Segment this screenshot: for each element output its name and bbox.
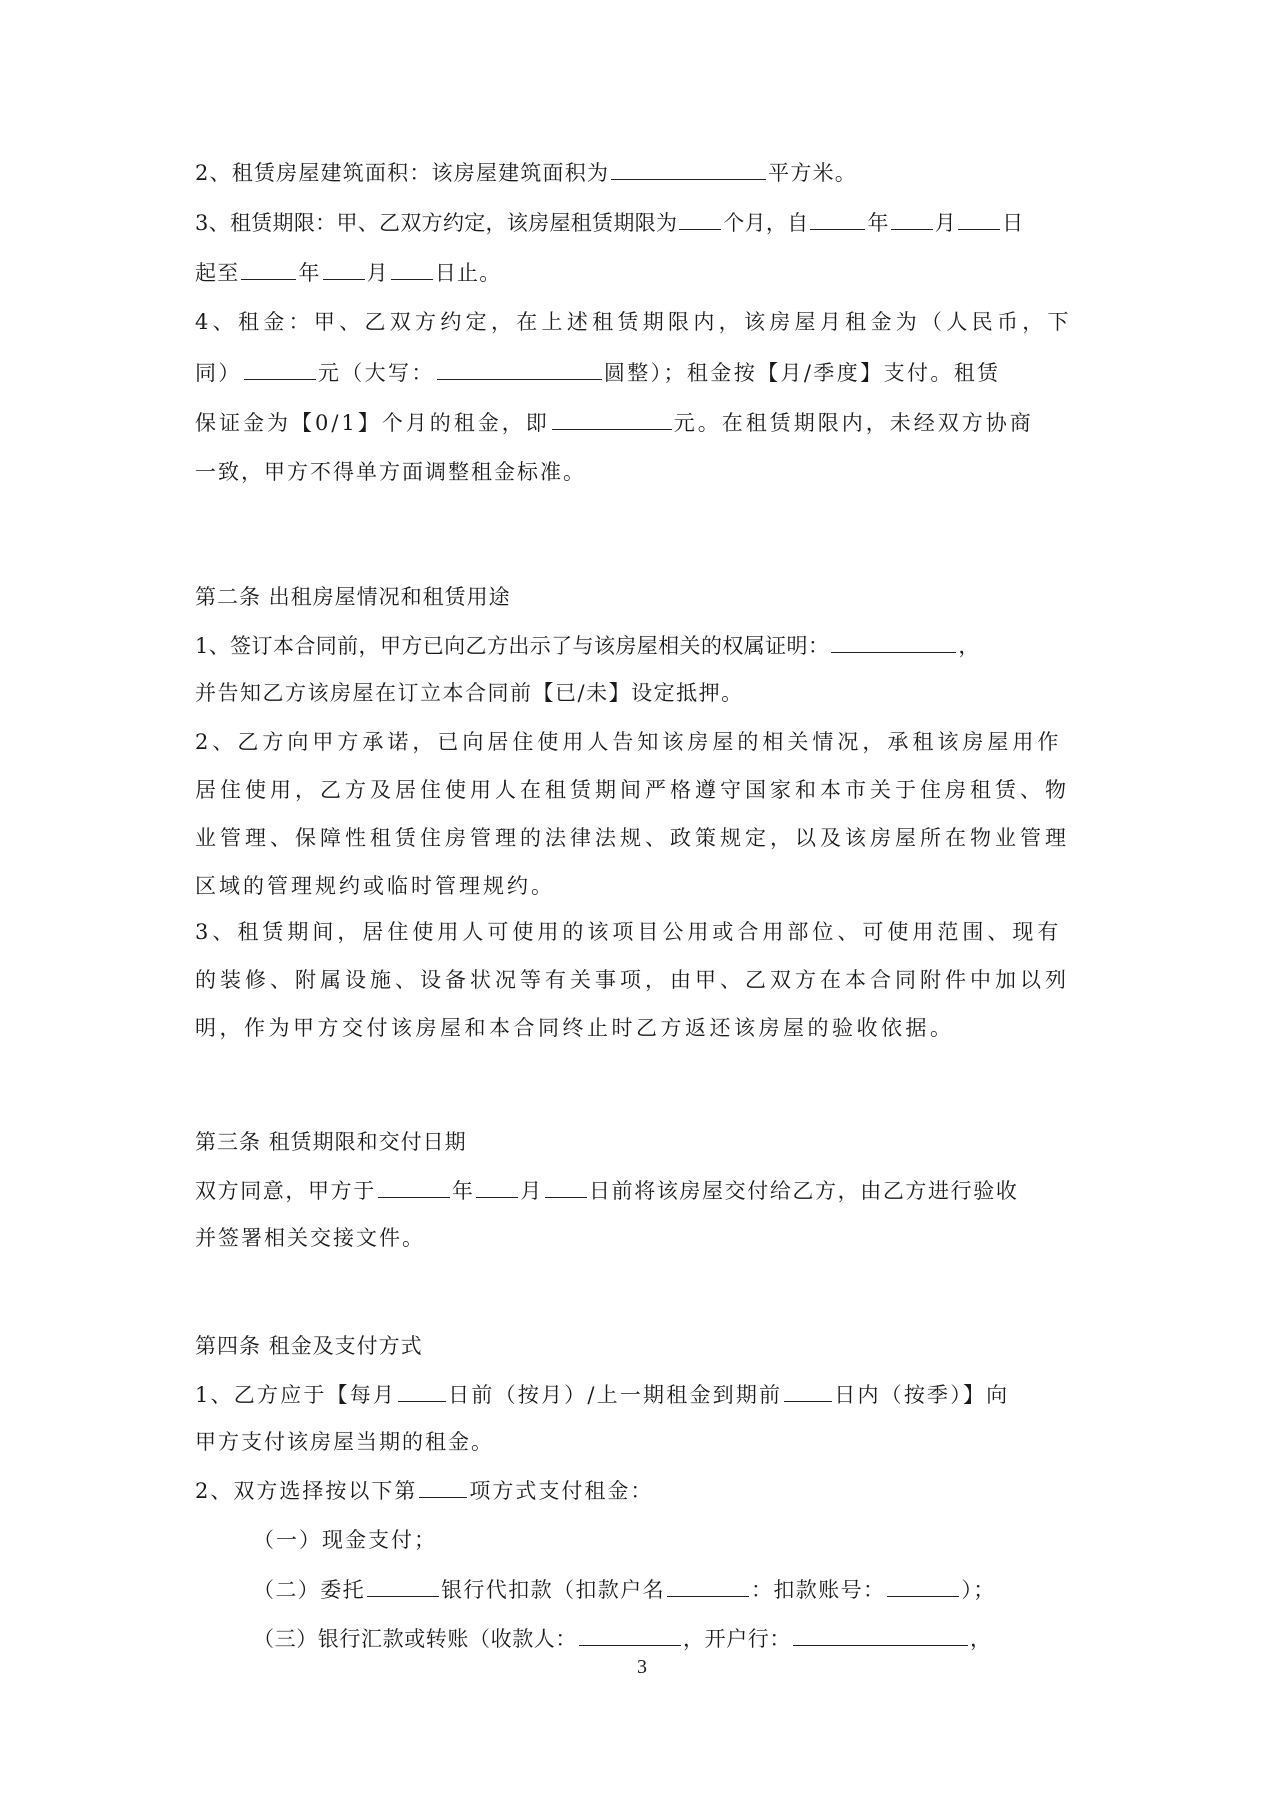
bank-branch-blank[interactable]	[793, 1623, 968, 1646]
payment-option-cash: （一）现金支付；	[253, 1525, 1085, 1555]
text: 元。在租赁期限内，未经双方协商	[674, 411, 1034, 435]
text: 平方米。	[768, 161, 857, 185]
text: 3、租赁期限：甲、乙双方约定，该房屋租赁期限为	[195, 211, 677, 235]
text: 月	[935, 211, 956, 235]
text: ，	[958, 634, 979, 658]
start-month-blank[interactable]	[891, 207, 933, 230]
rent-line-2: 同）元（大写：圆整）；租金按【月/季度】支付。租赁	[195, 357, 1085, 387]
deposit-blank[interactable]	[552, 407, 672, 430]
bank-name-blank[interactable]	[367, 1574, 439, 1597]
text: 年	[452, 1179, 475, 1203]
term-line-2: 起至年月日止。	[195, 257, 1085, 287]
end-day-blank[interactable]	[391, 257, 433, 280]
account-name-blank[interactable]	[667, 1574, 749, 1597]
text: ）；	[961, 1578, 995, 1602]
rent-line-1: 4、租金：甲、乙双方约定，在上述租赁期限内，该房屋月租金为（人民币，下	[195, 307, 1085, 337]
quarterly-day-blank[interactable]	[784, 1379, 832, 1402]
area-line: 2、租赁房屋建筑面积：该房屋建筑面积为平方米。	[195, 157, 1085, 187]
article4-title: 第四条 租金及支付方式	[195, 1331, 1085, 1361]
text: 年	[867, 211, 888, 235]
months-blank[interactable]	[679, 207, 721, 230]
text: ，开户行：	[683, 1627, 791, 1651]
start-day-blank[interactable]	[958, 207, 1000, 230]
article2-item2-line3: 业管理、保障性租赁住房管理的法律法规、政策规定，以及该房屋所在物业管理	[195, 823, 1085, 853]
delivery-year-blank[interactable]	[378, 1175, 450, 1198]
article2-item3-line1: 3、租赁期间，居住使用人可使用的该项目公用或合用部位、可使用范围、现有	[195, 917, 1085, 947]
payment-method-blank[interactable]	[419, 1475, 467, 1498]
end-year-blank[interactable]	[241, 257, 296, 280]
article3-line2: 并签署相关交接文件。	[195, 1223, 1085, 1253]
article4-item1-line2: 甲方支付该房屋当期的租金。	[195, 1427, 1085, 1457]
account-number-blank[interactable]	[887, 1574, 959, 1597]
document-page: 2、租赁房屋建筑面积：该房屋建筑面积为平方米。 3、租赁期限：甲、乙双方约定，该…	[0, 0, 1280, 1810]
monthly-day-blank[interactable]	[398, 1379, 446, 1402]
page-number: 3	[632, 1656, 652, 1679]
text: ，	[970, 1627, 992, 1651]
article4-item1-line1: 1、乙方应于【每月日前（按月）/上一期租金到期前日内（按季）】向	[195, 1379, 1085, 1409]
article3-line1: 双方同意，甲方于年月日前将该房屋交付给乙方，由乙方进行验收	[195, 1175, 1085, 1205]
text: 圆整）；租金按【月/季度】支付。租赁	[604, 361, 1001, 385]
rent-amount-blank[interactable]	[244, 357, 316, 380]
text: 月	[520, 1179, 543, 1203]
text: 日前将该房屋交付给乙方，由乙方进行验收	[589, 1179, 1018, 1203]
text: 2、双方选择按以下第	[195, 1479, 417, 1503]
text: 日止。	[435, 261, 502, 285]
rent-line-4: 一致，甲方不得单方面调整租金标准。	[195, 457, 1085, 487]
payment-option-bank-debit: （二）委托银行代扣款（扣款户名：扣款账号：）；	[253, 1574, 1085, 1604]
area-blank[interactable]	[611, 157, 766, 180]
text: 起至	[195, 261, 239, 285]
text: 1、签订本合同前，甲方已向乙方出示了与该房屋相关的权属证明：	[195, 634, 829, 658]
end-month-blank[interactable]	[323, 257, 365, 280]
payment-option-transfer: （三）银行汇款或转账（收款人：，开户行：，	[253, 1623, 1085, 1653]
text: 1、乙方应于【每月	[195, 1383, 396, 1407]
article2-title: 第二条 出租房屋情况和租赁用途	[195, 582, 1085, 612]
term-line-1: 3、租赁期限：甲、乙双方约定，该房屋租赁期限为个月，自年月日	[195, 207, 1085, 237]
article2-item2-line1: 2、乙方向甲方承诺，已向居住使用人告知该房屋的相关情况，承租该房屋用作	[195, 727, 1085, 757]
text: 日内（按季）】向	[834, 1383, 1009, 1407]
text: ：扣款账号：	[751, 1578, 885, 1602]
article2-item3-line2: 的装修、附属设施、设备状况等有关事项，由甲、乙双方在本合同附件中加以列	[195, 965, 1085, 995]
text: 双方同意，甲方于	[195, 1179, 376, 1203]
text: 保证金为【0/1】个月的租金，即	[195, 411, 550, 435]
delivery-month-blank[interactable]	[476, 1175, 518, 1198]
delivery-day-blank[interactable]	[545, 1175, 587, 1198]
rent-uppercase-blank[interactable]	[437, 357, 602, 380]
text: （二）委托	[253, 1578, 365, 1602]
article3-title: 第三条 租赁期限和交付日期	[195, 1127, 1085, 1157]
article2-item2-line4: 区域的管理规约或临时管理规约。	[195, 871, 1085, 901]
article4-item2-line1: 2、双方选择按以下第项方式支付租金：	[195, 1475, 1085, 1505]
article2-item1-line1: 1、签订本合同前，甲方已向乙方出示了与该房屋相关的权属证明：，	[195, 630, 1085, 660]
text: 日	[1002, 211, 1023, 235]
text: （三）银行汇款或转账（收款人：	[253, 1627, 577, 1651]
article2-item1-line2: 并告知乙方该房屋在订立本合同前【已/未】设定抵押。	[195, 678, 1085, 708]
text: 月	[367, 261, 389, 285]
article2-item3-line3: 明，作为甲方交付该房屋和本合同终止时乙方返还该房屋的验收依据。	[195, 1013, 1085, 1043]
article2-item2-line2: 居住使用，乙方及居住使用人在租赁期间严格遵守国家和本市关于住房租赁、物	[195, 775, 1085, 805]
ownership-cert-blank[interactable]	[831, 630, 956, 653]
text: 日前（按月）/上一期租金到期前	[448, 1383, 782, 1407]
payee-blank[interactable]	[579, 1623, 681, 1646]
text: 银行代扣款（扣款户名	[441, 1578, 665, 1602]
text: 同）	[195, 361, 242, 385]
rent-line-3: 保证金为【0/1】个月的租金，即元。在租赁期限内，未经双方协商	[195, 407, 1085, 437]
text: 元（大写：	[318, 361, 435, 385]
text: 年	[298, 261, 320, 285]
start-year-blank[interactable]	[810, 207, 865, 230]
text: 2、租赁房屋建筑面积：该房屋建筑面积为	[195, 161, 609, 185]
text: 个月，自	[723, 211, 808, 235]
text: 项方式支付租金：	[469, 1479, 653, 1503]
